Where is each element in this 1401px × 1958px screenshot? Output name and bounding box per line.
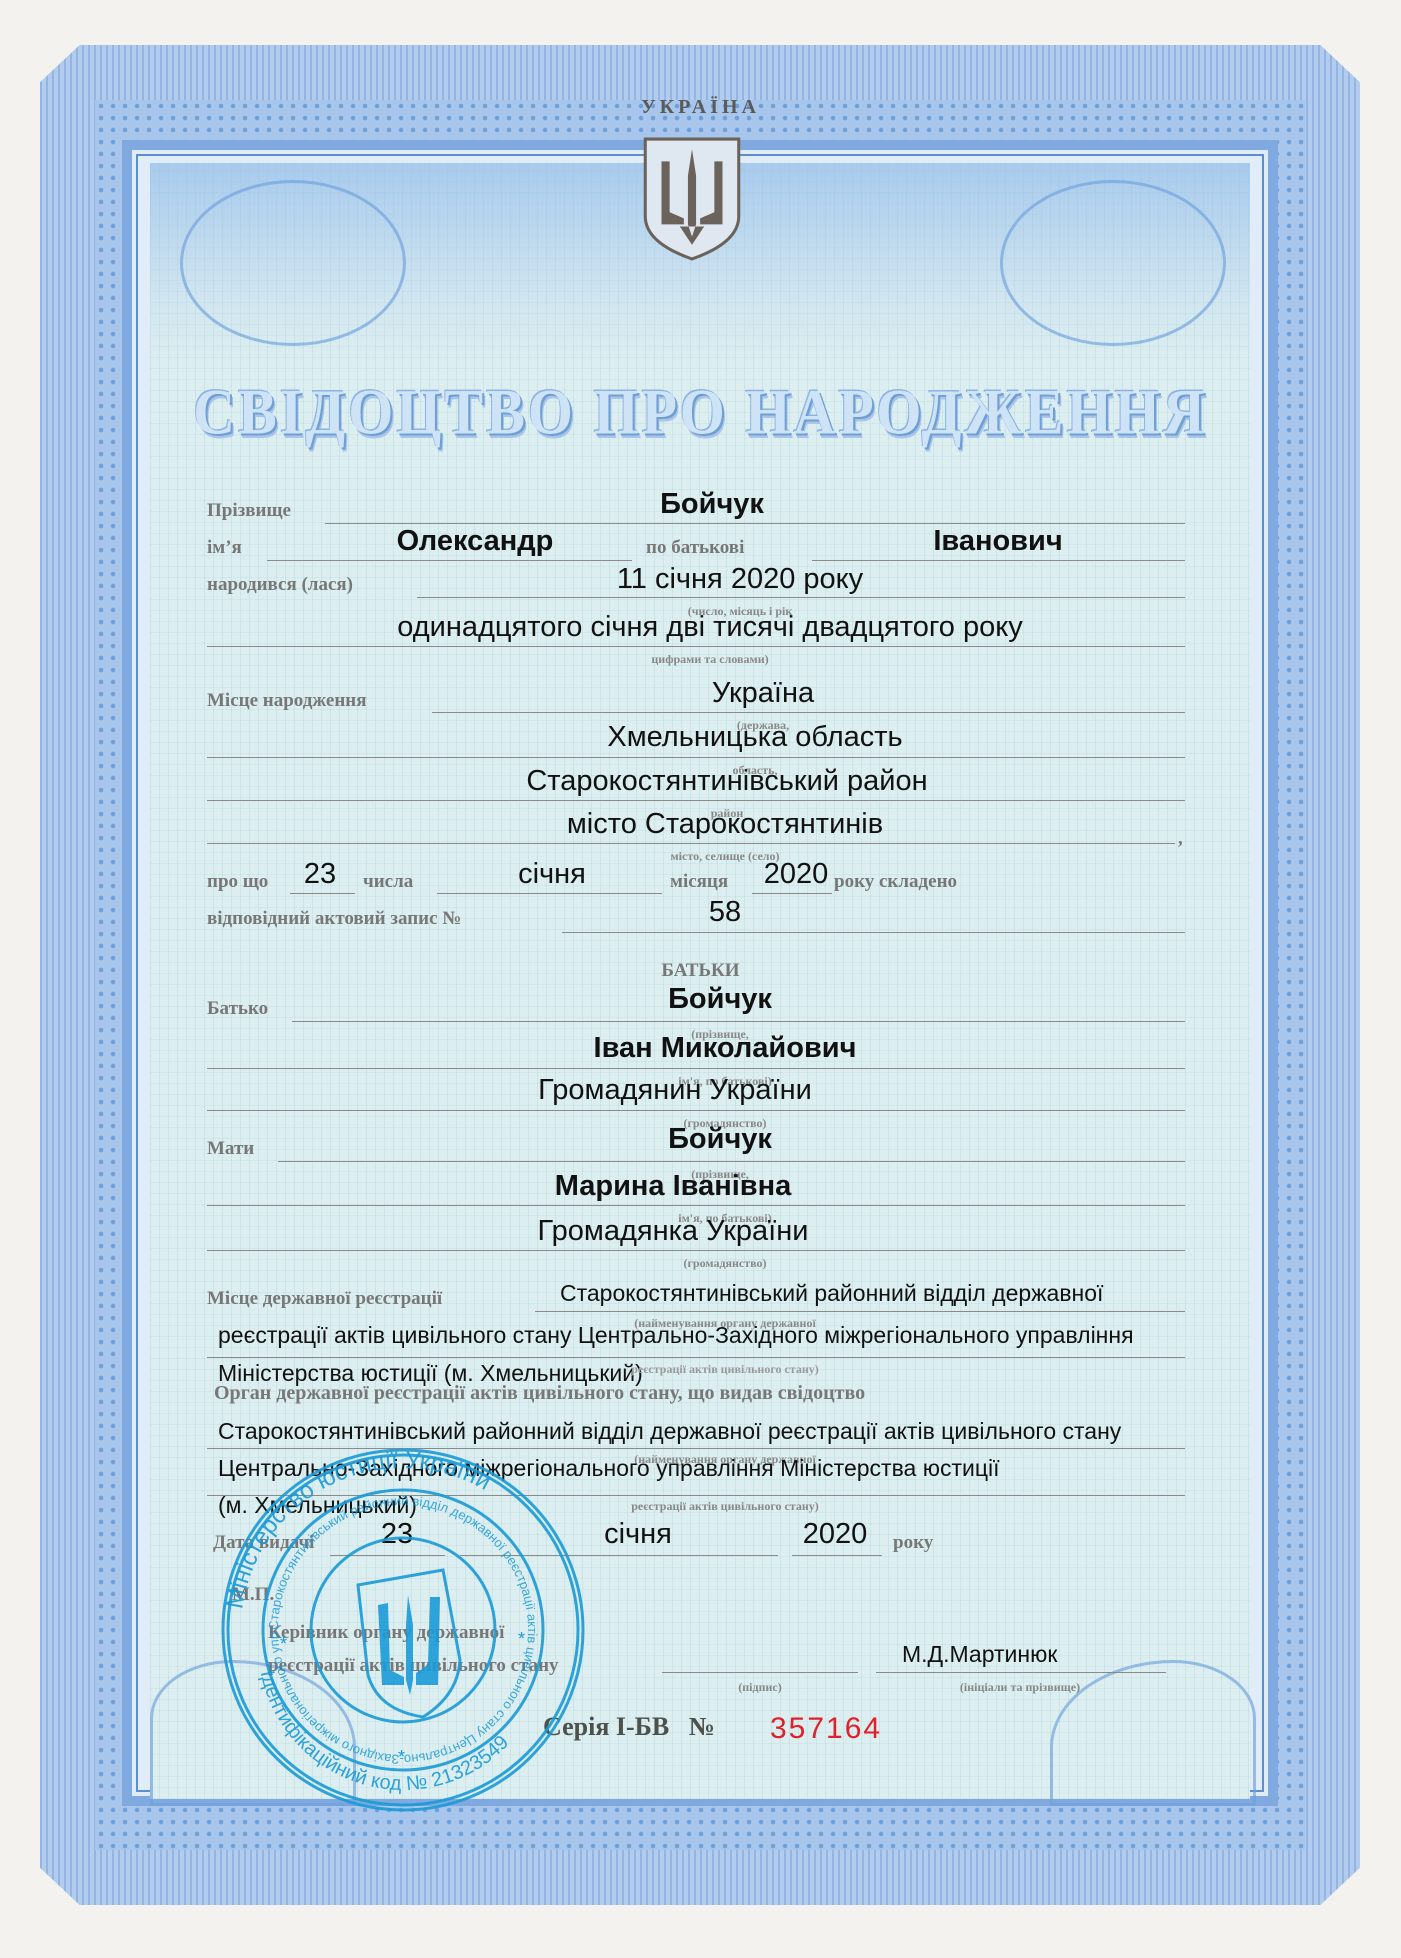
- birth-state: Україна: [712, 677, 814, 710]
- name-line: [267, 560, 632, 561]
- mother-name-line: [207, 1205, 1185, 1206]
- child-birthdate-digits: 11 січня 2020 року: [617, 563, 863, 596]
- father-label: Батько: [207, 998, 268, 1020]
- father-name: Іван Миколайович: [594, 1032, 857, 1065]
- birth-region: Хмельницька область: [607, 721, 902, 754]
- record-month-label: місяця: [670, 871, 728, 893]
- born-caption-2: цифрами та словами): [651, 652, 768, 667]
- record-number-label: відповідний актовий запис №: [207, 908, 461, 930]
- name-label: ім’я: [207, 537, 242, 559]
- father-surname: Бойчук: [668, 983, 772, 1016]
- mother-surname: Бойчук: [668, 1123, 772, 1156]
- parents-heading: БАТЬКИ: [0, 960, 1401, 982]
- issue-year: 2020: [803, 1518, 868, 1551]
- tryzub-coat-of-arms-icon: [641, 135, 743, 261]
- record-year: 2020: [764, 858, 829, 891]
- father-surname-line: [292, 1021, 1185, 1022]
- record-day-label: числа: [363, 871, 413, 893]
- initials-line: [876, 1672, 1166, 1673]
- authority-caption-2: реєстрації актів цивільного стану): [631, 1362, 819, 1377]
- issue-year-line: [792, 1555, 882, 1556]
- patronymic-label: по батькові: [646, 537, 744, 559]
- floral-ornament-right: [1000, 180, 1226, 346]
- child-name: Олександр: [397, 525, 554, 558]
- birthplace-label: Місце народження: [207, 690, 367, 712]
- mother-surname-line: [278, 1161, 1185, 1162]
- record-number-line: [562, 932, 1185, 933]
- official-stamp-icon: Міністерство юстиції України Ідентифікац…: [218, 1445, 588, 1815]
- registration-line-2: [207, 1357, 1185, 1358]
- registration-line-1: [535, 1311, 1185, 1312]
- record-prefix-label: про що: [207, 871, 268, 893]
- child-surname: Бойчук: [660, 488, 764, 521]
- issuing-authority-label: Орган державної реєстрації актів цивільн…: [214, 1382, 865, 1405]
- mother-citizenship: Громадянка України: [538, 1215, 809, 1248]
- issue-year-label: року: [893, 1532, 933, 1554]
- patronymic-line: [812, 560, 1185, 561]
- birthdate-line: [417, 597, 1185, 598]
- svg-text:*: *: [518, 1629, 525, 1649]
- record-month-line: [437, 893, 662, 894]
- record-number: 58: [709, 896, 741, 929]
- head-name: М.Д.Мартинюк: [902, 1641, 1057, 1668]
- mother-citizenship-line: [207, 1250, 1185, 1251]
- birthplace-city-line: [207, 843, 1175, 844]
- record-day-line: [290, 893, 355, 894]
- country-heading: УКРАЇНА: [0, 96, 1401, 119]
- record-day: 23: [304, 858, 336, 891]
- birthplace-state-line: [432, 712, 1185, 713]
- father-citizenship-line: [207, 1110, 1185, 1111]
- record-year-line: [752, 893, 832, 894]
- svg-text:*: *: [398, 1747, 405, 1767]
- mother-name: Марина Іванівна: [555, 1170, 792, 1203]
- initials-caption: (ініціали та прізвище): [960, 1680, 1080, 1695]
- issuer-text-1: Старокостянтинівський районний відділ де…: [218, 1418, 1121, 1445]
- serial-number: 357164: [770, 1712, 882, 1746]
- child-patronymic: Іванович: [933, 525, 1062, 558]
- surname-line: [325, 523, 1185, 524]
- child-birthdate-words: одинадцятого січня дві тисячі двадцятого…: [397, 611, 1023, 644]
- birth-district: Старокостянтинівський район: [526, 765, 927, 798]
- svg-text:*: *: [280, 1634, 287, 1654]
- birthplace-district-line: [207, 800, 1185, 801]
- born-label: народився (лася): [207, 574, 353, 596]
- birth-city: місто Старокостянтинів: [567, 808, 883, 841]
- registration-text-1: Старокостянтинівський районний відділ де…: [560, 1280, 1103, 1307]
- father-name-line: [207, 1068, 1185, 1069]
- floral-ornament-left: [180, 180, 406, 346]
- mother-label: Мати: [207, 1138, 254, 1160]
- mother-citizenship-caption: (громадянство): [683, 1256, 766, 1271]
- record-month: січня: [518, 858, 586, 891]
- registration-text-2: реєстрації актів цивільного стану Центра…: [218, 1322, 1134, 1349]
- father-citizenship: Громадянин України: [538, 1074, 812, 1107]
- surname-label: Прізвище: [207, 500, 291, 522]
- birthplace-region-line: [207, 757, 1185, 758]
- issue-month: січня: [604, 1518, 672, 1551]
- signature-caption: (підпис): [738, 1680, 781, 1695]
- issuer-caption-2: реєстрації актів цивільного стану): [631, 1499, 819, 1514]
- birthdate-words-line: [207, 646, 1185, 647]
- certificate-title: СВІДОЦТВО ПРО НАРОДЖЕННЯ: [0, 374, 1401, 449]
- signature-line: [662, 1672, 858, 1673]
- record-year-label: року складено: [834, 871, 957, 893]
- comma-mark: ,: [1178, 828, 1183, 850]
- registration-place-label: Місце державної реєстрації: [207, 1288, 442, 1310]
